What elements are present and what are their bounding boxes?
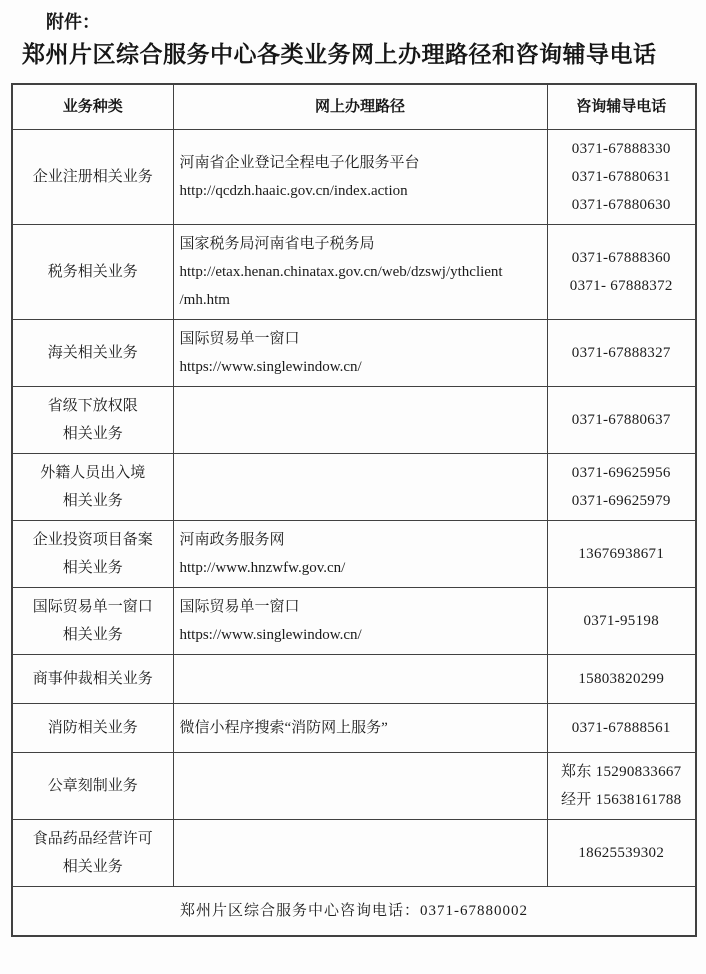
online-path-cell-line: /mh.htm bbox=[180, 286, 541, 314]
online-path-cell-line: 国际贸易单一窗口 bbox=[180, 593, 541, 621]
business-type-cell-line: 海关相关业务 bbox=[19, 339, 167, 367]
phone-cell: 郑东 15290833667经开 15638161788 bbox=[547, 753, 696, 820]
online-path-cell-line: http://www.hnzwfw.gov.cn/ bbox=[180, 554, 541, 582]
header-business-type: 业务种类 bbox=[12, 84, 173, 130]
business-type-cell-line: 税务相关业务 bbox=[19, 258, 167, 286]
phone-cell: 0371-67880637 bbox=[547, 387, 696, 454]
phone-cell: 13676938671 bbox=[547, 521, 696, 588]
phone-cell: 0371-67888327 bbox=[547, 320, 696, 387]
online-path-cell-line: 国际贸易单一窗口 bbox=[180, 325, 541, 353]
phone-cell-line: 18625539302 bbox=[554, 839, 690, 867]
table-body: 企业注册相关业务河南省企业登记全程电子化服务平台http://qcdzh.haa… bbox=[12, 130, 696, 887]
table-row: 国际贸易单一窗口相关业务国际贸易单一窗口https://www.singlewi… bbox=[12, 588, 696, 655]
business-type-cell-line: 外籍人员出入境 bbox=[19, 459, 167, 487]
phone-cell-line: 0371-69625956 bbox=[554, 459, 690, 487]
header-consult-phone: 咨询辅导电话 bbox=[547, 84, 696, 130]
business-type-cell-line: 相关业务 bbox=[19, 554, 167, 582]
phone-cell: 0371-696259560371-69625979 bbox=[547, 454, 696, 521]
business-type-cell: 企业注册相关业务 bbox=[12, 130, 173, 225]
business-type-cell-line: 相关业务 bbox=[19, 621, 167, 649]
document-page: 附件： 郑州片区综合服务中心各类业务网上办理路径和咨询辅导电话 业务种类 网上办… bbox=[0, 0, 706, 974]
business-type-cell: 省级下放权限相关业务 bbox=[12, 387, 173, 454]
online-path-cell bbox=[173, 454, 547, 521]
table-row: 海关相关业务国际贸易单一窗口https://www.singlewindow.c… bbox=[12, 320, 696, 387]
online-path-cell: 河南政务服务网http://www.hnzwfw.gov.cn/ bbox=[173, 521, 547, 588]
business-type-cell: 税务相关业务 bbox=[12, 225, 173, 320]
header-online-path: 网上办理路径 bbox=[173, 84, 547, 130]
business-type-cell: 公章刻制业务 bbox=[12, 753, 173, 820]
business-type-cell-line: 企业投资项目备案 bbox=[19, 526, 167, 554]
phone-cell: 0371-95198 bbox=[547, 588, 696, 655]
business-type-cell: 企业投资项目备案相关业务 bbox=[12, 521, 173, 588]
phone-cell-line: 0371- 67888372 bbox=[554, 272, 690, 300]
phone-cell-line: 0371-67888561 bbox=[554, 714, 690, 742]
table-footer-row: 郑州片区综合服务中心咨询电话：0371-67880002 bbox=[12, 887, 696, 937]
online-path-cell-line: https://www.singlewindow.cn/ bbox=[180, 353, 541, 381]
phone-cell-line: 经开 15638161788 bbox=[554, 786, 690, 814]
table-row: 消防相关业务微信小程序搜索“消防网上服务”0371-67888561 bbox=[12, 704, 696, 753]
business-type-cell-line: 相关业务 bbox=[19, 420, 167, 448]
footer-hotline: 郑州片区综合服务中心咨询电话：0371-67880002 bbox=[12, 887, 696, 937]
phone-cell: 15803820299 bbox=[547, 655, 696, 704]
business-type-cell-line: 公章刻制业务 bbox=[19, 772, 167, 800]
business-type-cell: 消防相关业务 bbox=[12, 704, 173, 753]
phone-cell-line: 0371-67888330 bbox=[554, 135, 690, 163]
business-type-cell: 海关相关业务 bbox=[12, 320, 173, 387]
business-type-cell-line: 省级下放权限 bbox=[19, 392, 167, 420]
business-type-cell-line: 相关业务 bbox=[19, 487, 167, 515]
table-row: 企业投资项目备案相关业务河南政务服务网http://www.hnzwfw.gov… bbox=[12, 521, 696, 588]
phone-cell-line: 15803820299 bbox=[554, 665, 690, 693]
business-type-cell-line: 相关业务 bbox=[19, 853, 167, 881]
online-path-cell-line: http://qcdzh.haaic.gov.cn/index.action bbox=[180, 177, 541, 205]
table-row: 商事仲裁相关业务15803820299 bbox=[12, 655, 696, 704]
phone-cell: 0371-678883600371- 67888372 bbox=[547, 225, 696, 320]
phone-cell-line: 0371-67880630 bbox=[554, 191, 690, 219]
business-type-cell-line: 国际贸易单一窗口 bbox=[19, 593, 167, 621]
business-type-cell-line: 消防相关业务 bbox=[19, 714, 167, 742]
table-row: 公章刻制业务郑东 15290833667经开 15638161788 bbox=[12, 753, 696, 820]
online-path-cell-line: 河南省企业登记全程电子化服务平台 bbox=[180, 149, 541, 177]
online-path-cell: 微信小程序搜索“消防网上服务” bbox=[173, 704, 547, 753]
attachment-label: 附件： bbox=[46, 8, 706, 34]
table-row: 外籍人员出入境相关业务0371-696259560371-69625979 bbox=[12, 454, 696, 521]
phone-cell: 0371-67888561 bbox=[547, 704, 696, 753]
online-path-cell: 国际贸易单一窗口https://www.singlewindow.cn/ bbox=[173, 588, 547, 655]
business-type-cell: 商事仲裁相关业务 bbox=[12, 655, 173, 704]
online-path-cell-line: 国家税务局河南省电子税务局 bbox=[180, 230, 541, 258]
phone-cell-line: 0371-67880637 bbox=[554, 406, 690, 434]
page-title: 郑州片区综合服务中心各类业务网上办理路径和咨询辅导电话 bbox=[22, 36, 696, 69]
business-type-cell: 国际贸易单一窗口相关业务 bbox=[12, 588, 173, 655]
phone-cell-line: 0371-67880631 bbox=[554, 163, 690, 191]
online-path-cell-line: https://www.singlewindow.cn/ bbox=[180, 621, 541, 649]
table-row: 税务相关业务国家税务局河南省电子税务局http://etax.henan.chi… bbox=[12, 225, 696, 320]
phone-cell-line: 0371-67888360 bbox=[554, 244, 690, 272]
online-path-cell: 国际贸易单一窗口https://www.singlewindow.cn/ bbox=[173, 320, 547, 387]
online-path-cell-line: 河南政务服务网 bbox=[180, 526, 541, 554]
online-path-cell bbox=[173, 820, 547, 887]
phone-cell-line: 郑东 15290833667 bbox=[554, 758, 690, 786]
phone-cell: 18625539302 bbox=[547, 820, 696, 887]
business-type-cell: 外籍人员出入境相关业务 bbox=[12, 454, 173, 521]
table-header-row: 业务种类 网上办理路径 咨询辅导电话 bbox=[12, 84, 696, 130]
business-type-cell: 食品药品经营许可相关业务 bbox=[12, 820, 173, 887]
phone-cell: 0371-678883300371-678806310371-67880630 bbox=[547, 130, 696, 225]
online-path-cell: 河南省企业登记全程电子化服务平台http://qcdzh.haaic.gov.c… bbox=[173, 130, 547, 225]
business-type-cell-line: 食品药品经营许可 bbox=[19, 825, 167, 853]
online-path-cell: 国家税务局河南省电子税务局http://etax.henan.chinatax.… bbox=[173, 225, 547, 320]
table-row: 食品药品经营许可相关业务18625539302 bbox=[12, 820, 696, 887]
phone-cell-line: 0371-67888327 bbox=[554, 339, 690, 367]
phone-cell-line: 0371-69625979 bbox=[554, 487, 690, 515]
table-row: 省级下放权限相关业务0371-67880637 bbox=[12, 387, 696, 454]
phone-cell-line: 13676938671 bbox=[554, 540, 690, 568]
online-path-cell-line: 微信小程序搜索“消防网上服务” bbox=[180, 714, 541, 742]
business-type-cell-line: 企业注册相关业务 bbox=[19, 163, 167, 191]
online-path-cell-line: http://etax.henan.chinatax.gov.cn/web/dz… bbox=[180, 258, 541, 286]
online-path-cell bbox=[173, 387, 547, 454]
business-type-cell-line: 商事仲裁相关业务 bbox=[19, 665, 167, 693]
phone-cell-line: 0371-95198 bbox=[554, 607, 690, 635]
business-info-table: 业务种类 网上办理路径 咨询辅导电话 企业注册相关业务河南省企业登记全程电子化服… bbox=[11, 83, 697, 937]
table-row: 企业注册相关业务河南省企业登记全程电子化服务平台http://qcdzh.haa… bbox=[12, 130, 696, 225]
online-path-cell bbox=[173, 655, 547, 704]
online-path-cell bbox=[173, 753, 547, 820]
